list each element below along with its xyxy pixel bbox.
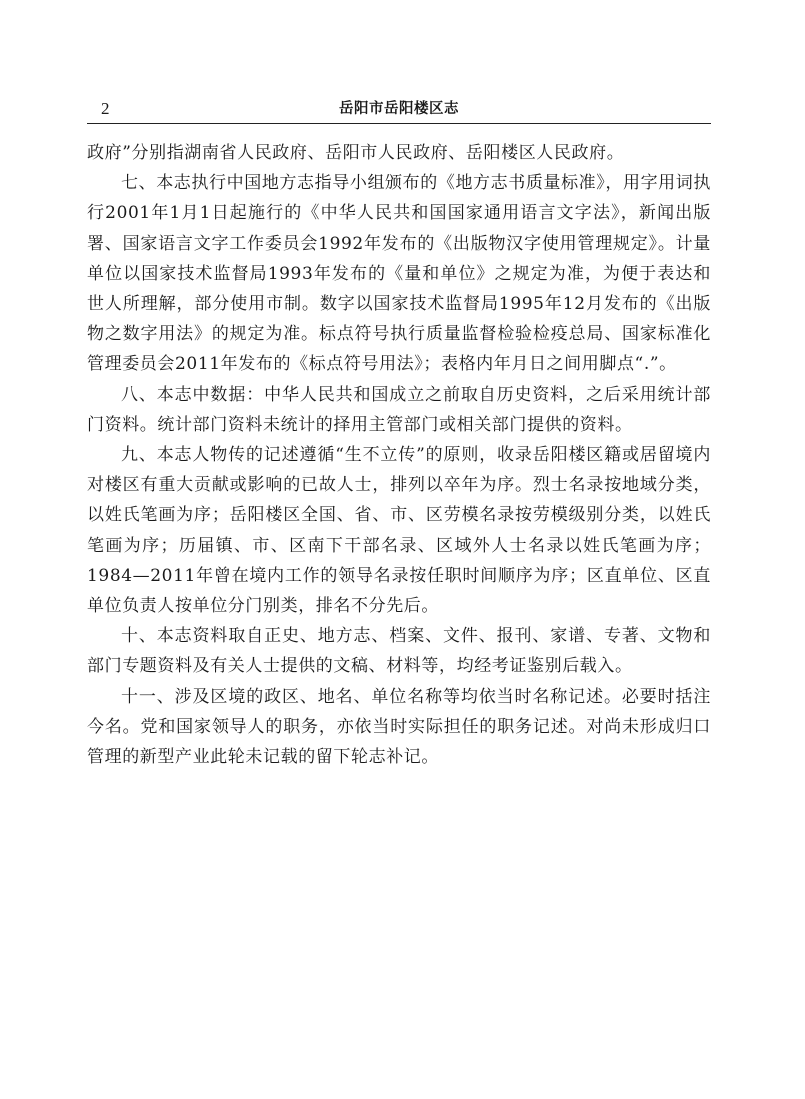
paragraph-item-11: 十一、涉及区境的政区、地名、单位名称等均依当时名称记述。必要时括注今名。党和国家…	[87, 682, 711, 773]
paragraph-item-7: 七、本志执行中国地方志指导小组颁布的《地方志书质量标准》，用字用词执行2001年…	[87, 168, 711, 379]
paragraph-item-9: 九、本志人物传的记述遵循“生不立传”的原则，收录岳阳楼区籍或居留境内对楼区有重大…	[87, 440, 711, 621]
book-title: 岳阳市岳阳楼区志	[87, 98, 711, 120]
header-divider	[87, 123, 711, 124]
paragraph-continuation: 政府”分别指湖南省人民政府、岳阳市人民政府、岳阳楼区人民政府。	[87, 138, 711, 168]
body-text: 政府”分别指湖南省人民政府、岳阳市人民政府、岳阳楼区人民政府。 七、本志执行中国…	[87, 138, 711, 772]
paragraph-item-10: 十、本志资料取自正史、地方志、档案、文件、报刊、家谱、专著、文物和部门专题资料及…	[87, 621, 711, 681]
paragraph-item-8: 八、本志中数据：中华人民共和国成立之前取自历史资料，之后采用统计部门资料。统计部…	[87, 380, 711, 440]
running-header: 2 岳阳市岳阳楼区志	[87, 98, 711, 122]
